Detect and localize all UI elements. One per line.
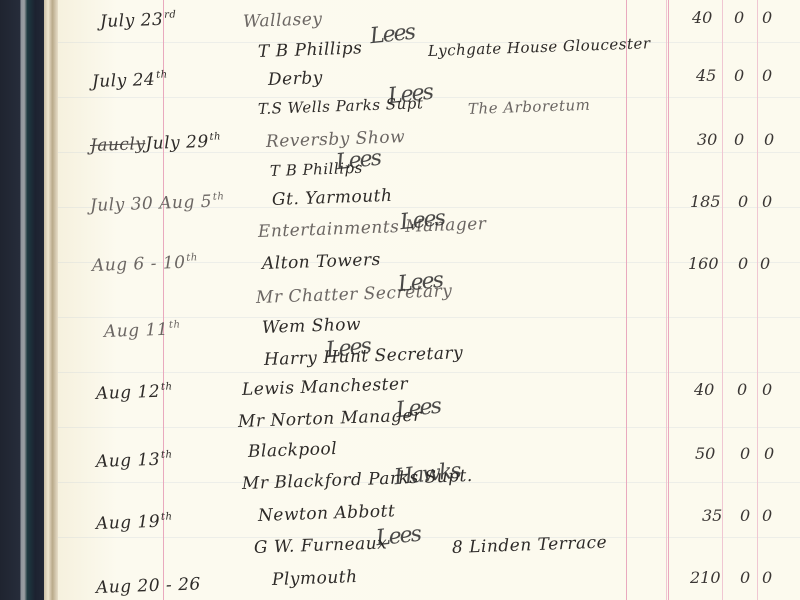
book-binding: [0, 0, 44, 600]
entry-date: Aug 12th: [96, 381, 173, 404]
amount-pounds: 45: [696, 66, 716, 85]
amount-pounds: 40: [692, 8, 712, 27]
entry-venue: Wem Show: [262, 315, 362, 338]
entry-date: July 24th: [92, 69, 168, 92]
amount-pence: 0: [760, 254, 770, 273]
entry-venue: Derby: [268, 68, 323, 90]
amount-pence: 0: [762, 66, 772, 85]
amount-pounds: 210: [690, 568, 721, 587]
amount-pence: 0: [762, 8, 772, 27]
entry-contact: T B Phillips: [258, 38, 363, 62]
date-column-rule: [163, 0, 164, 600]
entry-venue: Plymouth: [272, 567, 358, 590]
amount-pence: 0: [762, 192, 772, 211]
ruled-line: [58, 427, 800, 428]
amount-pence: 0: [762, 380, 772, 399]
pounds-column-rule-left: [666, 0, 667, 600]
ruled-line: [58, 317, 800, 318]
entry-venue: Alton Towers: [262, 250, 381, 274]
entry-venue: Wallasey: [243, 9, 323, 32]
entry-signature: Lees: [375, 522, 421, 551]
entry-signature: Lees: [399, 206, 445, 235]
amount-pounds: 35: [702, 506, 722, 525]
amount-pounds: 185: [690, 192, 721, 211]
amount-pounds: 160: [688, 254, 719, 273]
entry-date: Aug 6 - 10th: [92, 252, 199, 276]
entry-date: Aug 11th: [104, 319, 181, 342]
amount-shillings: 0: [734, 8, 744, 27]
entry-signature: Lees: [335, 146, 381, 175]
page-edge: [44, 0, 58, 600]
amount-pounds: 50: [695, 444, 715, 463]
ruled-line: [58, 537, 800, 538]
amount-shillings: 0: [740, 568, 750, 587]
amount-shillings: 0: [734, 130, 744, 149]
amount-shillings: 0: [740, 506, 750, 525]
entry-date: July 23rd: [100, 9, 177, 32]
entry-venue: Gt. Yarmouth: [272, 186, 393, 210]
amount-pounds: 40: [694, 380, 714, 399]
entry-signature: Lees: [369, 20, 415, 49]
amount-pence: 0: [764, 130, 774, 149]
amount-shillings: 0: [740, 444, 750, 463]
amount-pounds: 30: [697, 130, 717, 149]
entry-signature: Lees: [387, 80, 433, 109]
amount-shillings: 0: [738, 254, 748, 273]
amount-shillings: 0: [734, 66, 744, 85]
entry-venue: Blackpool: [248, 439, 338, 462]
amount-pence: 0: [764, 444, 774, 463]
ruled-line: [58, 372, 800, 373]
amount-shillings: 0: [737, 380, 747, 399]
entry-date: Aug 13th: [96, 449, 173, 472]
amount-pence: 0: [762, 506, 772, 525]
amount-pence: 0: [762, 568, 772, 587]
entry-signature: Lees: [325, 334, 371, 363]
entry-date: Aug 19th: [96, 511, 173, 534]
entry-signature: Lees: [397, 268, 443, 297]
entry-signature: Lees: [395, 394, 441, 423]
amount-shillings: 0: [738, 192, 748, 211]
pence-column-rule: [757, 0, 758, 600]
description-column-rule: [626, 0, 627, 600]
pounds-column-rule-left-2: [668, 0, 669, 600]
entry-date: Aug 20 - 26: [96, 574, 202, 598]
